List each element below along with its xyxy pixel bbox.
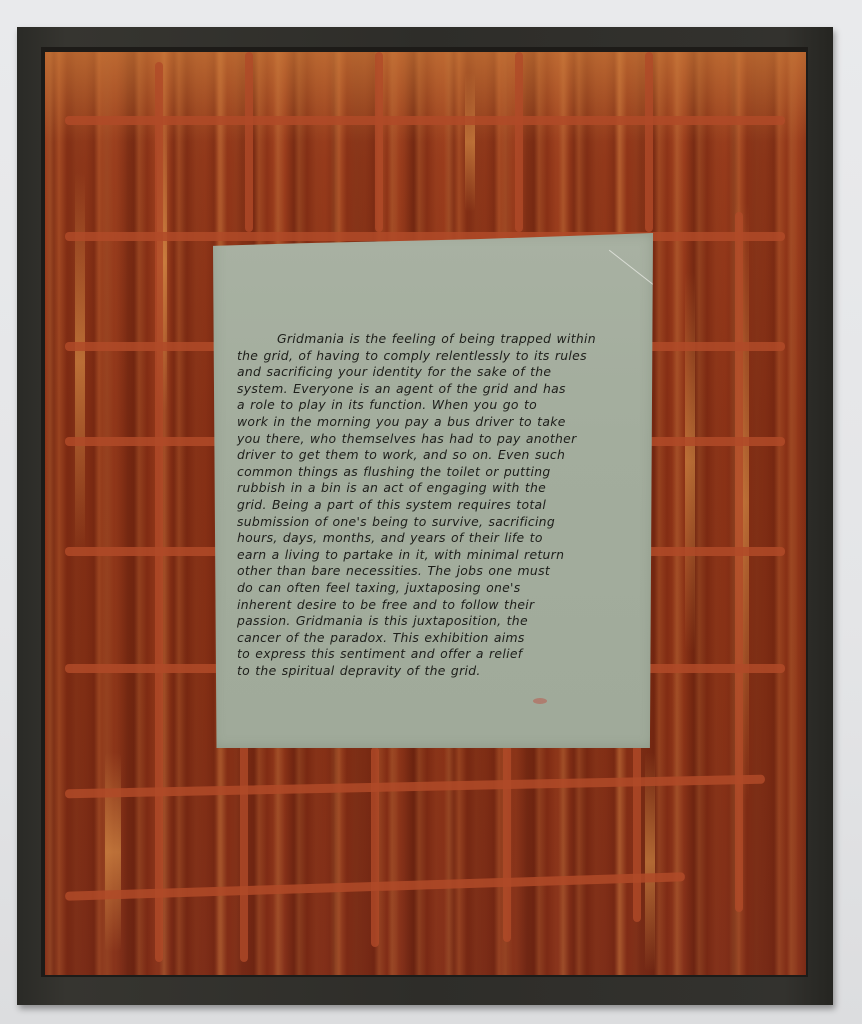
text-panel: Gridmania is the feeling of being trappe… xyxy=(213,233,653,748)
statement-line: work in the morning you pay a bus driver… xyxy=(237,414,641,431)
grid-line-vertical xyxy=(515,52,523,232)
grid-line-vertical xyxy=(155,62,163,962)
statement-line: grid. Being a part of this system requir… xyxy=(237,497,641,514)
grid-line-horizontal xyxy=(65,116,785,125)
statement-line: you there, who themselves has had to pay… xyxy=(237,431,641,448)
statement-line: common things as flushing the toilet or … xyxy=(237,464,641,481)
statement-line: system. Everyone is an agent of the grid… xyxy=(237,381,641,398)
statement-line: rubbish in a bin is an act of engaging w… xyxy=(237,480,641,497)
statement-line: Gridmania is the feeling of being trappe… xyxy=(237,331,641,348)
statement-line: cancer of the paradox. This exhibition a… xyxy=(237,630,641,647)
grid-line-vertical xyxy=(375,52,383,232)
loose-thread xyxy=(579,250,656,326)
statement-line: and sacrificing your identity for the sa… xyxy=(237,364,641,381)
statement-line: passion. Gridmania is this juxtaposition… xyxy=(237,613,641,630)
grid-line-vertical xyxy=(503,742,511,942)
statement-line: submission of one's being to survive, sa… xyxy=(237,514,641,531)
grid-line-vertical xyxy=(240,742,248,962)
paint-streak xyxy=(465,72,475,212)
statement-line: do can often feel taxing, juxtaposing on… xyxy=(237,580,641,597)
grid-line-horizontal xyxy=(65,232,785,241)
grid-line-vertical xyxy=(371,747,379,947)
paint-streak xyxy=(685,272,695,652)
statement-line: the grid, of having to comply relentless… xyxy=(237,348,641,365)
statement-line: a role to play in its function. When you… xyxy=(237,397,641,414)
statement-line: to express this sentiment and offer a re… xyxy=(237,646,641,663)
grid-line-vertical xyxy=(245,52,253,232)
statement-line: inherent desire to be free and to follow… xyxy=(237,597,641,614)
grid-line-horizontal xyxy=(65,775,765,799)
statement-line: driver to get them to work, and so on. E… xyxy=(237,447,641,464)
paint-streak xyxy=(75,172,85,552)
statement-line: to the spiritual depravity of the grid. xyxy=(237,663,641,680)
red-stain xyxy=(533,698,547,704)
grid-line-vertical xyxy=(633,742,641,922)
statement-line: earn a living to partake in it, with min… xyxy=(237,547,641,564)
statement-line: hours, days, months, and years of their … xyxy=(237,530,641,547)
statement-line: other than bare necessities. The jobs on… xyxy=(237,563,641,580)
grid-line-vertical xyxy=(645,52,653,232)
paint-streak xyxy=(105,752,121,952)
handwritten-statement: Gridmania is the feeling of being trappe… xyxy=(237,331,641,679)
grid-line-vertical xyxy=(735,212,743,912)
